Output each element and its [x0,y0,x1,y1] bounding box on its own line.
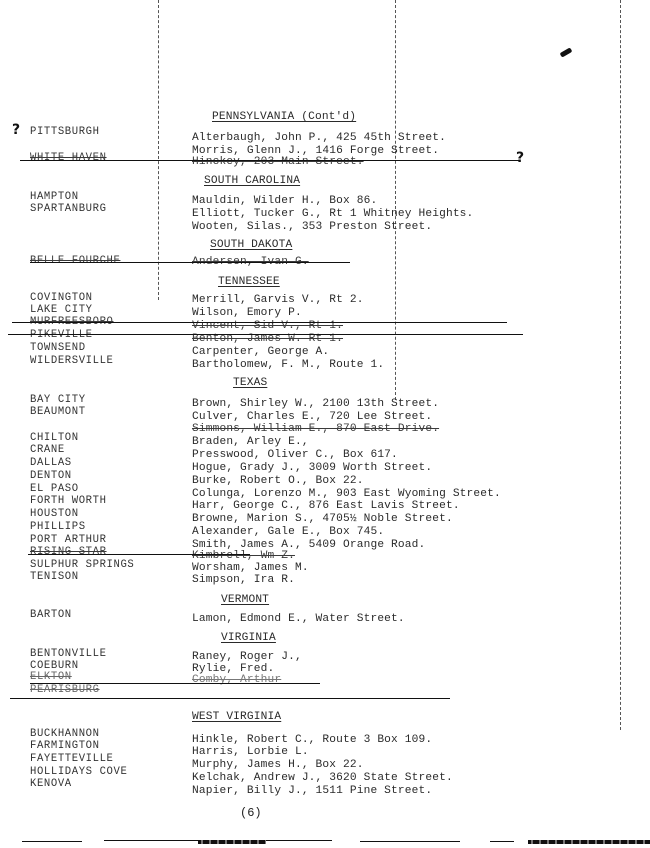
city: BARTON [30,609,72,622]
entry: Mauldin, Wilder H., Box 86. [192,195,377,208]
strike-line [28,554,250,555]
city: BEAUMONT [30,406,86,419]
city: TOWNSEND [30,342,86,355]
city: TENISON [30,571,79,584]
entry: Brown, Shirley W., 2100 13th Street. [192,398,439,411]
column-guide-left [158,0,159,300]
entry: Wooten, Silas., 353 Preston Street. [192,221,432,234]
state-heading: SOUTH CAROLINA [204,175,300,188]
city: FARMINGTON [30,740,100,753]
entry: Simpson, Ira R. [192,574,295,587]
entry: Harr, George C., 876 East Lavis Street. [192,500,460,513]
question-mark: ? [516,150,524,166]
entry-struck: Comby, Arthur [192,674,281,687]
state-heading: SOUTH DAKOTA [210,239,292,252]
city-struck: RISING STAR [30,546,107,559]
city: SPARTANBURG [30,203,107,216]
entry: Lamon, Edmond E., Water Street. [192,613,405,626]
state-heading: VIRGINIA [221,632,276,645]
entry: Bartholomew, F. M., Route 1. [192,359,384,372]
strike-line [10,698,450,699]
column-guide-middle [395,0,396,400]
city: KENOVA [30,778,72,791]
city-struck: PIKEVILLE [30,329,93,342]
entry: Braden, Arley E., [192,436,309,449]
city: CRANE [30,444,65,457]
city: PHILLIPS [30,521,86,534]
entry: Burke, Robert O., Box 22. [192,475,364,488]
column-guide-right [620,0,621,730]
page-number: (6) [240,806,262,820]
city: HOUSTON [30,508,79,521]
state-heading: TENNESSEE [218,276,280,289]
city: DALLAS [30,457,72,470]
city: DENTON [30,470,72,483]
entry: Browne, Marion S., 4705½ Noble Street. [192,513,453,526]
state-heading: PENNSYLVANIA (Cont'd) [212,111,356,124]
entry: Merrill, Garvis V., Rt 2. [192,294,364,307]
entry: Carpenter, George A. [192,346,329,359]
footer-scan-bar [528,840,650,844]
city-struck: WHITE HAVEN [30,152,107,165]
entry: Alexander, Gale E., Box 745. [192,526,384,539]
entry: Alterbaugh, John P., 425 45th Street. [192,132,446,145]
ink-smudge [560,47,573,57]
entry: Presswood, Oliver C., Box 617. [192,449,398,462]
footer-rule [360,841,460,842]
footer-rule [22,841,82,842]
city: WILDERSVILLE [30,355,114,368]
question-mark: ? [12,122,20,138]
state-heading: TEXAS [233,377,267,390]
state-heading: WEST VIRGINIA [192,711,281,724]
city: FAYETTEVILLE [30,753,114,766]
entry-struck: Simmons, William E., 870 East Drive. [192,423,439,436]
entry: Kelchak, Andrew J., 3620 State Street. [192,772,453,785]
entry: Napier, Billy J., 1511 Pine Street. [192,785,432,798]
state-heading: VERMONT [221,594,269,607]
city-struck: PEARISBURG [30,684,100,697]
strike-line [30,262,350,263]
entry: Wilson, Emory P. [192,307,302,320]
strike-line [12,322,507,323]
footer-rule [490,841,514,842]
strike-line [8,334,523,335]
city: PITTSBURGH [30,126,100,139]
entry-struck: Hinckey, 203 Main Street. [192,156,364,169]
entry: Harris, Lorbie L. [192,746,309,759]
city: FORTH WORTH [30,495,107,508]
document-page: PENNSYLVANIA (Cont'd) ? PITTSBURGH Alter… [0,0,650,848]
entry: Murphy, James H., Box 22. [192,759,364,772]
entry: Hogue, Grady J., 3009 Worth Street. [192,462,432,475]
entry: Elliott, Tucker G., Rt 1 Whitney Heights… [192,208,473,221]
footer-scan-bar [198,840,266,844]
strike-line [20,160,520,161]
